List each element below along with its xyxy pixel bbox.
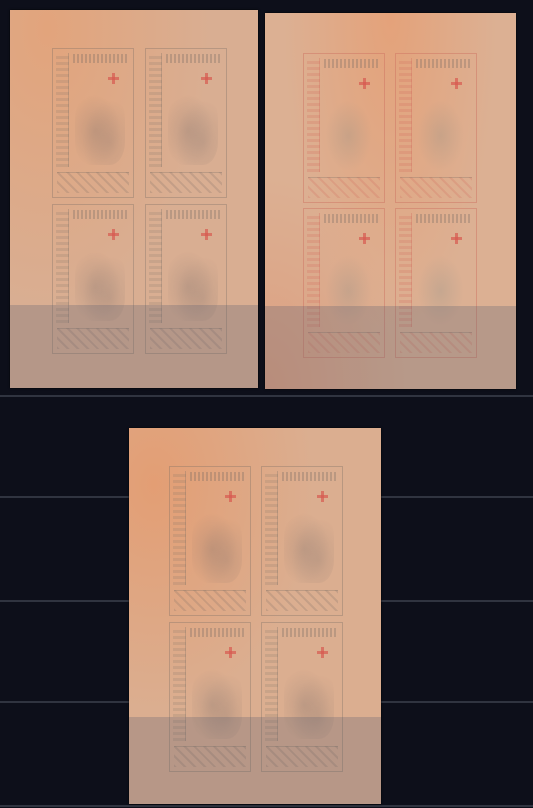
red-cross-icon: [225, 647, 236, 658]
red-cross-icon: [317, 491, 328, 502]
red-cross-icon: [359, 233, 370, 244]
red-cross-icon: [108, 73, 119, 84]
stamp-sheet-top-left: [10, 10, 258, 388]
shadow-band: [265, 306, 516, 389]
shadow-band: [129, 717, 381, 804]
stamp: [52, 48, 134, 198]
stamp: [145, 48, 227, 198]
stamp: [303, 53, 385, 203]
red-cross-icon: [201, 229, 212, 240]
stockbook-strip: [0, 805, 533, 807]
red-cross-icon: [451, 78, 462, 89]
stamp-sheet-top-right: [265, 13, 516, 389]
stamp: [261, 466, 343, 616]
stamp: [395, 53, 477, 203]
stamp-sheet-bottom-center: [129, 428, 381, 804]
red-cross-icon: [451, 233, 462, 244]
stockbook-strip: [0, 395, 533, 397]
red-cross-icon: [201, 73, 212, 84]
stamp: [169, 466, 251, 616]
red-cross-icon: [225, 491, 236, 502]
red-cross-icon: [359, 78, 370, 89]
shadow-band: [10, 305, 258, 388]
red-cross-icon: [108, 229, 119, 240]
red-cross-icon: [317, 647, 328, 658]
